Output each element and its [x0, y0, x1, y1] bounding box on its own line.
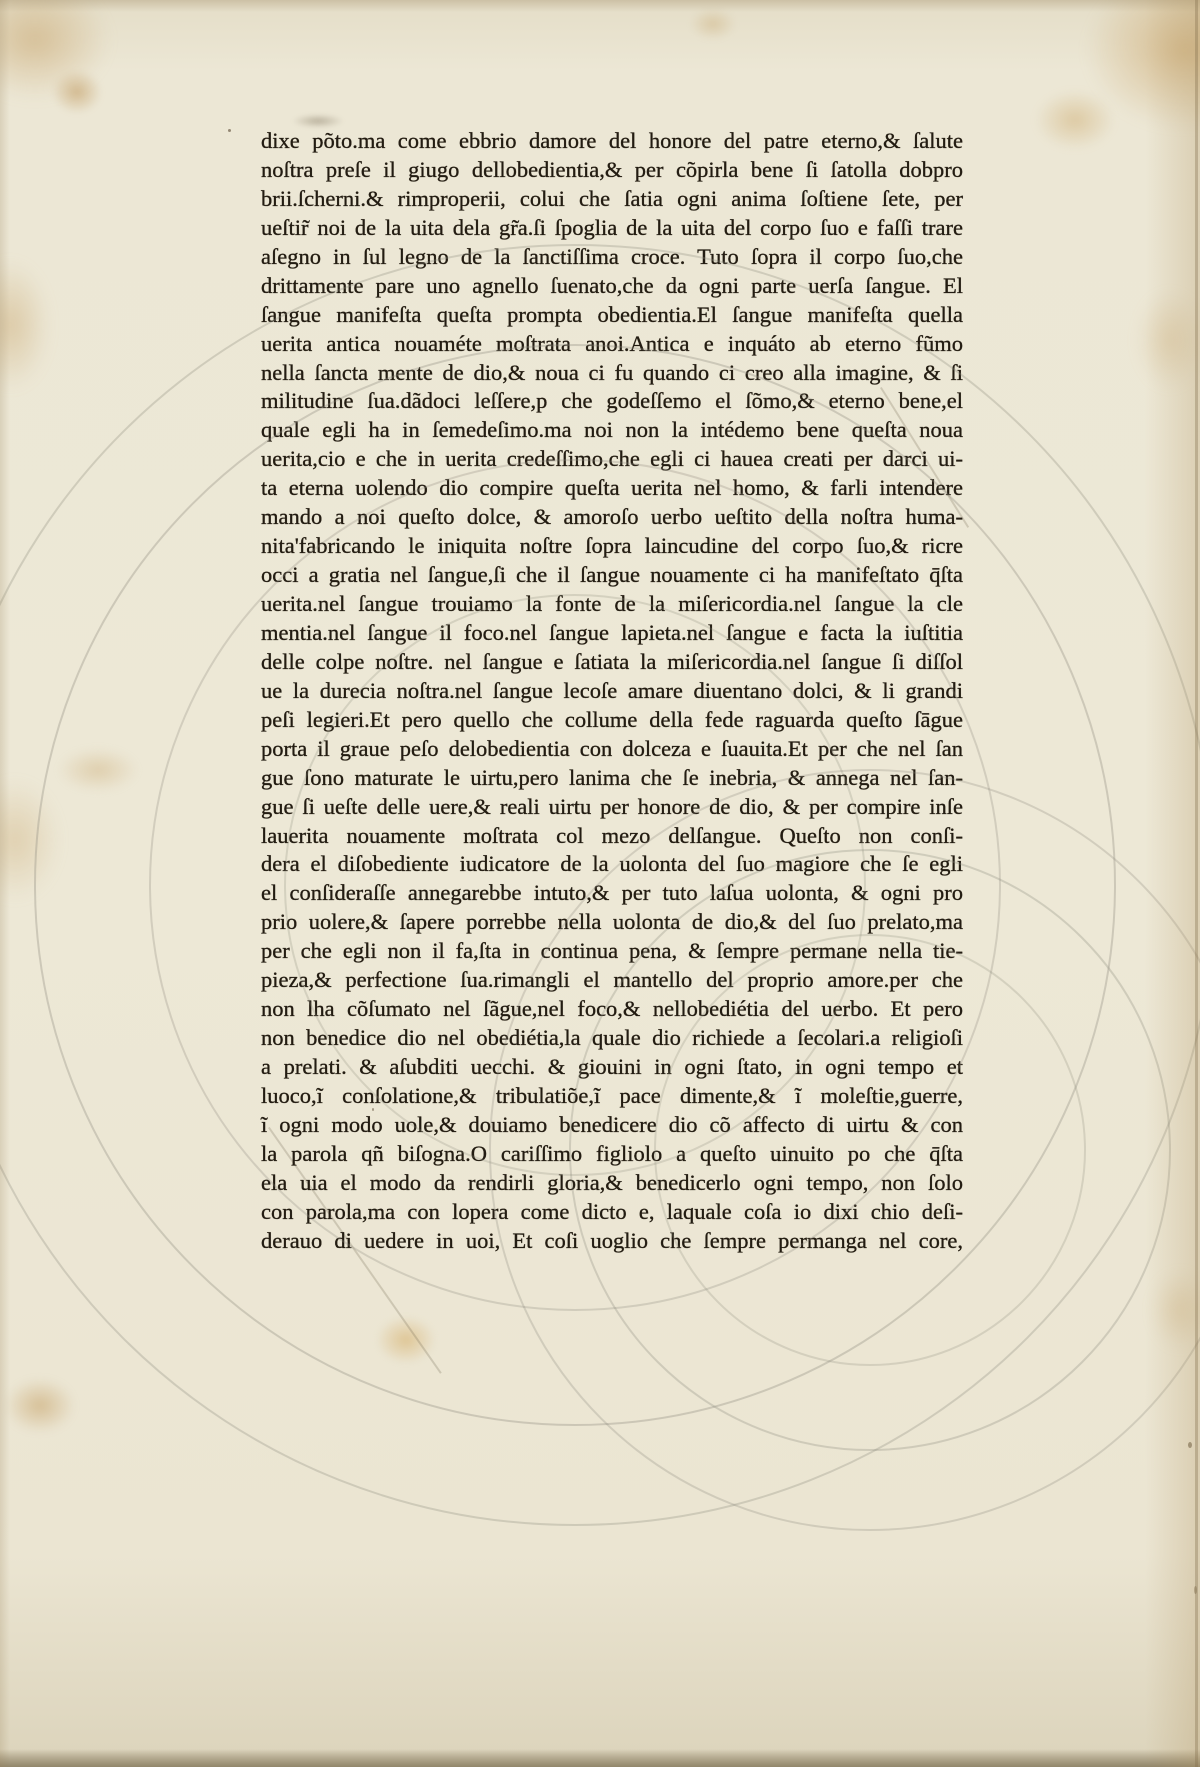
- text-line: el conſideraſſe annegarebbe intuto,& per…: [261, 879, 963, 908]
- text-line: ſangue manifeſta queſta prompta obedient…: [261, 301, 963, 330]
- foxing-stain: [690, 8, 736, 40]
- text-line: uerita,cio e che in uerita credeſſimo,ch…: [261, 445, 963, 474]
- page-edge-shadow-right: [1145, 0, 1200, 1767]
- foxing-stain: [52, 70, 102, 114]
- text-line: non benedice dio nel obediétia,la quale …: [261, 1024, 963, 1053]
- text-line: dixe põto.ma come ebbrio damore del hono…: [261, 127, 963, 156]
- ink-speck: [228, 129, 231, 132]
- text-line: occi a gratia nel ſangue,ſi che il ſangu…: [261, 561, 963, 590]
- leaf-edge-line: [1195, 0, 1198, 1767]
- foxing-stain: [0, 0, 110, 100]
- text-line: gue ſi ueſte delle uere,& reali uirtu pe…: [261, 793, 963, 822]
- text-line: mando a noi queſto dolce, & amoroſo uerb…: [261, 503, 963, 532]
- text-line: drittamente pare uno agnello ſuenato,che…: [261, 272, 963, 301]
- text-line: derauo di uedere in uoi, Et coſi uoglio …: [261, 1227, 963, 1256]
- text-line: con parola,ma con lopera come dicto e, l…: [261, 1198, 963, 1227]
- text-line: prio uolere,& ſapere porrebbe nella uolo…: [261, 908, 963, 937]
- foxing-stain: [1035, 90, 1115, 150]
- text-line: militudine ſua.dãdoci leſſere,p che gode…: [261, 387, 963, 416]
- book-page: dixe põto.ma come ebbrio damore del hono…: [0, 0, 1200, 1767]
- text-line: porta il graue peſo delobedientia con do…: [261, 735, 963, 764]
- text-line: delle colpe noſtre. nel ſangue e ſatiata…: [261, 648, 963, 677]
- text-line: gue ſono maturate le uirtu,pero lanima c…: [261, 764, 963, 793]
- page-edge-shadow-left: [0, 0, 10, 1767]
- page-edge-shadow-top: [0, 0, 1200, 12]
- text-line: peſi legieri.Et pero quello che collume …: [261, 706, 963, 735]
- foxing-stain: [5, 1378, 75, 1433]
- text-line: noſtra preſe il giugo dellobedientia,& p…: [261, 156, 963, 185]
- text-line: ue la durecia noſtra.nel ſangue lecoſe a…: [261, 677, 963, 706]
- text-line: ta eterna uolendo dio compire queſta uer…: [261, 474, 963, 503]
- text-line: uerita antica nouaméte moſtrata anoi.Ant…: [261, 330, 963, 359]
- text-line: luoco,ĩ conſolatione,& tribulatiõe,ĩ pac…: [261, 1082, 963, 1111]
- text-line: dera el diſobediente iudicatore de la uo…: [261, 850, 963, 879]
- text-line: pieza,& perfectione ſua.rimangli el mant…: [261, 966, 963, 995]
- text-line: non lha cõſumato nel ſãgue,nel foco,& ne…: [261, 995, 963, 1024]
- text-line: la parola qñ biſogna.O cariſſimo figliol…: [261, 1140, 963, 1169]
- text-line: ela uia el modo da rendirli gloria,& ben…: [261, 1169, 963, 1198]
- text-line: brii.ſcherni.& rimproperii, colui che ſa…: [261, 185, 963, 214]
- text-line: nita'fabricando le iniquita noſtre ſopra…: [261, 532, 963, 561]
- faint-ink-offset-mark: [292, 114, 344, 128]
- text-line: nella ſancta mente de dio,& noua ci fu q…: [261, 359, 963, 388]
- text-line: lauerita nouamente moſtrata col mezo del…: [261, 822, 963, 851]
- text-line: aſegno in ſul legno de la ſanctiſſima cr…: [261, 243, 963, 272]
- text-line: ĩ ogni modo uole,& douiamo benedicere di…: [261, 1111, 963, 1140]
- text-line: a prelati. & aſubditi uecchi. & giouini …: [261, 1053, 963, 1082]
- text-line: uerita.nel ſangue trouiamo la fonte de l…: [261, 590, 963, 619]
- text-block: dixe põto.ma come ebbrio damore del hono…: [261, 127, 963, 1256]
- text-line: mentia.nel ſangue il foco.nel ſangue lap…: [261, 619, 963, 648]
- foxing-stain: [376, 1316, 436, 1364]
- page-edge-shadow-bottom: [0, 1749, 1200, 1767]
- text-line: per che egli non il fa,ſta in continua p…: [261, 937, 963, 966]
- text-line: ueſtir̃ noi de la uita dela gr̃a.ſi ſpog…: [261, 214, 963, 243]
- text-line: quale egli ha in ſemedeſimo.ma noi non l…: [261, 416, 963, 445]
- foxing-stain: [58, 748, 138, 792]
